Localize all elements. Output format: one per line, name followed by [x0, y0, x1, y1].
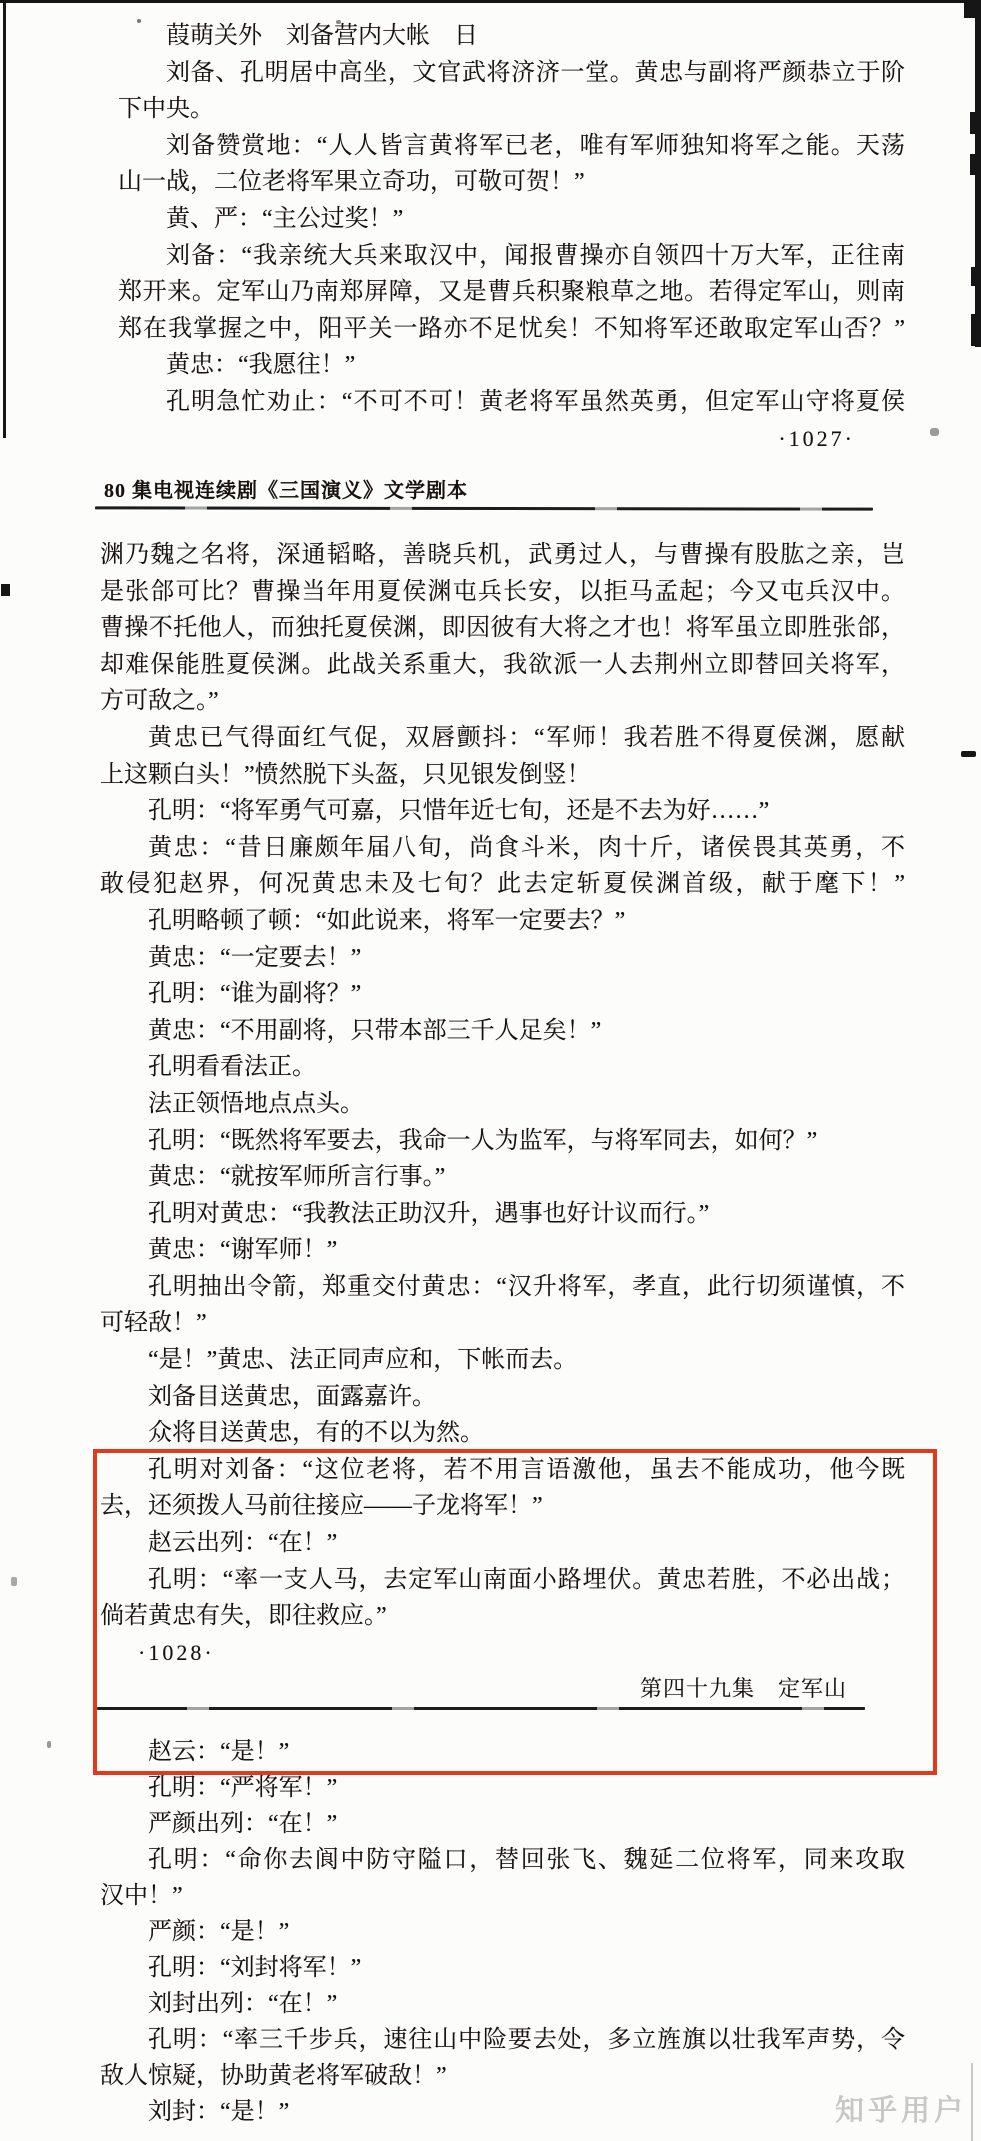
text-line: 倘若黄忠有失，即往救应。”	[100, 1598, 905, 1635]
scan-artifact	[961, 751, 976, 757]
text-line: 敌人惊疑，协助黄老将军破敌！”	[100, 2058, 905, 2094]
text-line: 黄忠：“一定要去！”	[100, 940, 905, 977]
text-line: 黄忠：“昔日廉颇年届八旬，尚食斗米，肉十斤，诸侯畏其英勇，不	[100, 830, 905, 867]
text-line: 孔明对黄忠：“我教法正助汉升，遇事也好计议而行。”	[100, 1196, 905, 1233]
scan-artifact	[971, 314, 981, 346]
text-line: 孔明急忙劝止：“不可不可！黄老将军虽然英勇，但定军山守将夏侯	[118, 384, 905, 421]
running-header: 80 集电视连续剧《三国演义》文学剧本	[104, 474, 468, 503]
page-1029-text-block: 赵云：“是！”孔明：“严将军！”严颜出列：“在！”孔明：“命你去阆中防守隘口，替…	[100, 1734, 905, 2130]
scan-artifact	[971, 267, 981, 286]
text-line: 方可敌之。”	[100, 683, 905, 720]
text-line: 孔明略顿了顿：“如此说来，将军一定要去？”	[100, 903, 905, 940]
page-number-1028: ·1028·	[100, 1635, 905, 1672]
text-line: 黄忠：“我愿往！”	[118, 347, 905, 384]
text-line: 孔明：“刘封将军！”	[100, 1950, 905, 1986]
text-line: 黄忠：“就按军师所言行事。”	[100, 1159, 905, 1196]
text-line: 众将目送黄忠，有的不以为然。	[100, 1415, 905, 1452]
scan-artifact	[137, 19, 141, 23]
text-line: 曹操不托他人，而独托夏侯渊，即因彼有大将之才也！将军虽立即胜张郃，	[100, 610, 905, 647]
text-line: 下中央。	[118, 91, 905, 128]
text-line: 孔明：“率三千步兵，速往山中险要去处，多立旌旗以壮我军声势，令	[100, 2022, 905, 2058]
text-line: 汉中！”	[100, 1878, 905, 1914]
text-line: 孔明看看法正。	[100, 1049, 905, 1086]
scan-artifact	[964, 0, 981, 18]
page-divider-line	[95, 506, 873, 510]
text-line: 郑开来。定军山乃南郑屏障，又是曹兵积聚粮草之地。若得定军山，则南	[118, 274, 905, 311]
text-line: 孔明对刘备：“这位老将，若不用言语激他，虽去不能成功，他今既	[100, 1452, 905, 1489]
text-line: 郑在我掌握之中，阳平关一路亦不足忧矣！不知将军还敢取定军山否？”	[118, 311, 905, 348]
text-line: 刘封出列：“在！”	[100, 1986, 905, 2022]
text-line: 孔明抽出令箭，郑重交付黄忠：“汉升将军，孝直，此行切须谨慎，不	[100, 1269, 905, 1306]
text-line: 赵云：“是！”	[100, 1734, 905, 1770]
text-line: 可轻敌！”	[100, 1305, 905, 1342]
text-line: 法正领悟地点点头。	[100, 1086, 905, 1123]
text-line: 山一战，二位老将军果立奇功，可敬可贺！”	[118, 164, 905, 201]
scan-artifact	[3, 0, 6, 438]
text-line: 刘备赞赏地：“人人皆言黄将军已老，唯有军师独知将军之能。天荡	[118, 128, 905, 165]
text-line: 刘备：“我亲统大兵来取汉中，闻报曹操亦自领四十万大军，正往南	[118, 238, 905, 275]
text-line: 孔明：“命你去阆中防守隘口，替回张飞、魏延二位将军，同来攻取	[100, 1842, 905, 1878]
text-line: 是张郃可比？曹操当年用夏侯渊屯兵长安，以拒马孟起；今又屯兵汉中。	[100, 574, 905, 611]
text-line: 严颜出列：“在！”	[100, 1806, 905, 1842]
text-line: 黄忠已气得面红气促，双唇颤抖：“军师！我若胜不得夏侯渊，愿献	[100, 720, 905, 757]
text-line: 黄、严：“主公过奖！”	[118, 201, 905, 238]
text-line: 刘封：“是！”	[100, 2094, 905, 2130]
text-line: 黄忠：“不用副将，只带本部三千人足矣！”	[100, 1013, 905, 1050]
text-line: 赵云出列：“在！”	[100, 1525, 905, 1562]
text-line: 孔明：“严将军！”	[100, 1770, 905, 1806]
scene-heading: 葭萌关外 刘备营内大帐 日	[118, 18, 905, 55]
page-1027-text-block: 葭萌关外 刘备营内大帐 日刘备、孔明居中高坐，文官武将济济一堂。黄忠与副将严颜恭…	[118, 18, 905, 457]
text-line: 上这颗白头！”愤然脱下头盔，只见银发倒竖！	[100, 757, 905, 794]
text-line: 严颜：“是！”	[100, 1914, 905, 1950]
text-line: 却难保能胜夏侯渊。此战关系重大，我欲派一人去荆州立即替回关将军，	[100, 647, 905, 684]
scan-artifact	[971, 2063, 973, 2141]
page-number-1027: ·1027·	[118, 421, 905, 458]
scan-artifact	[0, 0, 981, 3]
text-line: “是！”黄忠、法正同声应和，下帐而去。	[100, 1342, 905, 1379]
text-line: 敢侵犯赵界，何况黄忠未及七旬？此去定斩夏侯渊首级，献于麾下！”	[100, 866, 905, 903]
scan-artifact	[11, 1577, 17, 1586]
scan-artifact	[970, 112, 981, 134]
text-line: 黄忠：“谢军师！”	[100, 1232, 905, 1269]
page-divider-line	[97, 1707, 865, 1710]
text-line: 刘备、孔明居中高坐，文官武将济济一堂。黄忠与副将严颜恭立于阶	[118, 55, 905, 92]
scanned-script-page: 葭萌关外 刘备营内大帐 日刘备、孔明居中高坐，文官武将济济一堂。黄忠与副将严颜恭…	[0, 0, 981, 2141]
scan-artifact	[1, 584, 10, 596]
text-line: 去，还须拨人马前往接应——子龙将军！”	[100, 1488, 905, 1525]
scan-artifact	[47, 1741, 51, 1748]
text-line: 渊乃魏之名将，深通韬略，善晓兵机，武勇过人，与曹操有股肱之亲，岂	[100, 537, 905, 574]
text-line: 孔明：“将军勇气可嘉，只惜年近七旬，还是不去为好……”	[100, 793, 905, 830]
text-line: 刘备目送黄忠，面露嘉许。	[100, 1379, 905, 1416]
scan-artifact	[930, 428, 939, 436]
watermark: 知乎用户	[835, 2088, 967, 2129]
text-line: 孔明：“既然将军要去，我命一人为监军，与将军同去，如何？”	[100, 1123, 905, 1160]
scan-artifact	[336, 20, 341, 24]
page-1028-text-block: 渊乃魏之名将，深通韬略，善晓兵机，武勇过人，与曹操有股肱之亲，岂是张郃可比？曹操…	[100, 537, 905, 1708]
text-line: 孔明：“率一支人马，去定军山南面小路埋伏。黄忠若胜，不必出战；	[100, 1562, 905, 1599]
scan-artifact	[970, 154, 981, 175]
episode-header: 第四十九集 定军山	[100, 1671, 905, 1708]
text-line: 孔明：“谁为副将？”	[100, 976, 905, 1013]
